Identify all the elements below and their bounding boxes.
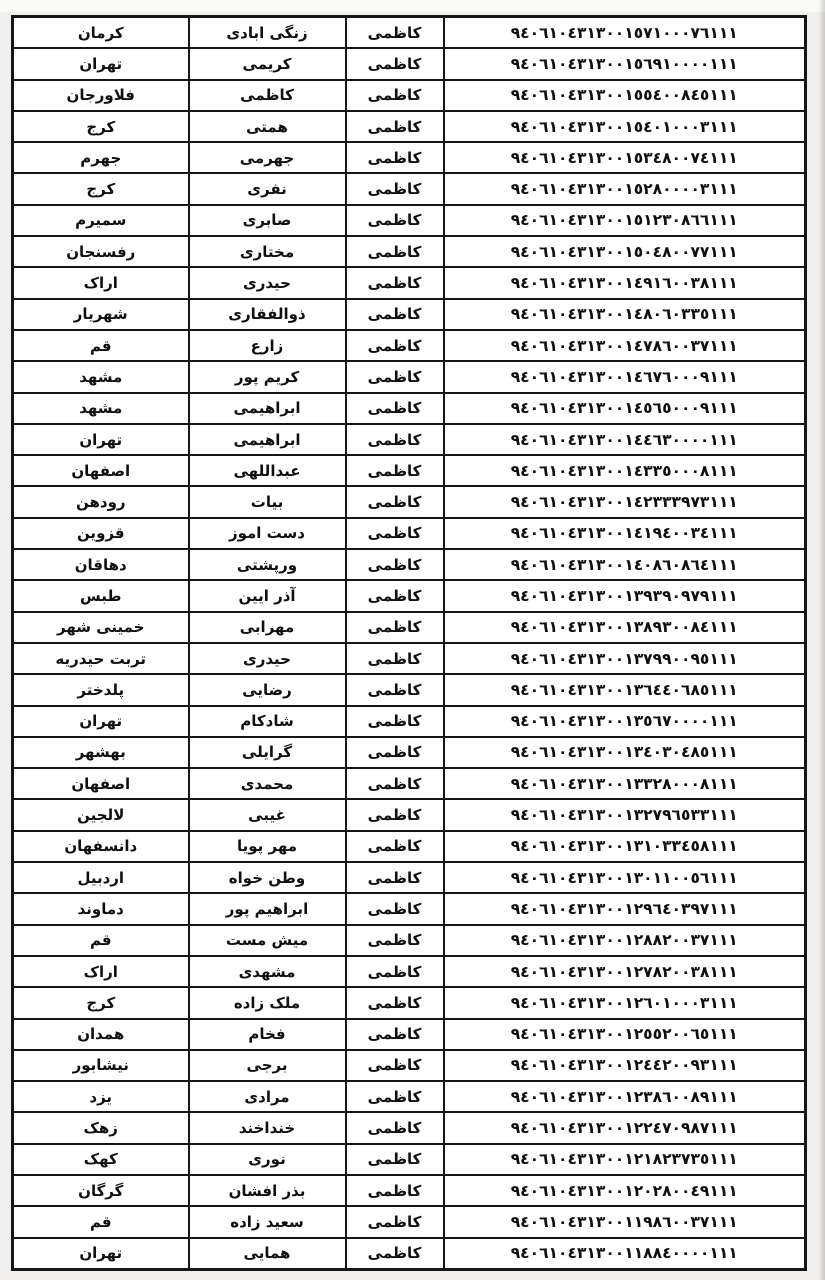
surname-cell: حیدری bbox=[189, 643, 346, 674]
surname-cell: ابراهیمی bbox=[189, 424, 346, 455]
code-cell: ٩٤٠٦١٠٤٣١٣٠٠١٤٦٧٦٠٠٠٩١١١ bbox=[444, 361, 806, 392]
given-name-cell: کاظمی bbox=[346, 831, 444, 862]
surname-cell: وطن خواه bbox=[189, 862, 346, 893]
code-cell: ٩٤٠٦١٠٤٣١٣٠٠١٤٨٠٦٠٣٣٥١١١ bbox=[444, 299, 806, 330]
given-name-cell: کاظمی bbox=[346, 518, 444, 549]
city-cell: پلدختر bbox=[13, 674, 189, 705]
code-cell: ٩٤٠٦١٠٤٣١٣٠٠١٤٠٨٦٠٨٦٤١١١ bbox=[444, 549, 806, 580]
code-cell: ٩٤٠٦١٠٤٣١٣٠٠١٣٦٤٤٠٦٨٥١١١ bbox=[444, 674, 806, 705]
code-cell: ٩٤٠٦١٠٤٣١٣٠٠١١٩٨٦٠٠٣٧١١١ bbox=[444, 1206, 806, 1237]
code-cell: ٩٤٠٦١٠٤٣١٣٠٠١٢٤٤٢٠٠٩٣١١١ bbox=[444, 1050, 806, 1081]
surname-cell: مختاری bbox=[189, 236, 346, 267]
table-row: تهران همایی کاظمی ٩٤٠٦١٠٤٣١٣٠٠١١٨٨٤٠٠٠٠١… bbox=[13, 1238, 806, 1270]
code-cell: ٩٤٠٦١٠٤٣١٣٠٠١٥٠٤٨٠٠٧٧١١١ bbox=[444, 236, 806, 267]
given-name-cell: کاظمی bbox=[346, 1206, 444, 1237]
surname-cell: مهرابی bbox=[189, 612, 346, 643]
surname-cell: جهرمی bbox=[189, 142, 346, 173]
city-cell: اصفهان bbox=[13, 455, 189, 486]
city-cell: اردبیل bbox=[13, 862, 189, 893]
code-cell: ٩٤٠٦١٠٤٣١٣٠٠١٢٥٥٢٠٠٦٥١١١ bbox=[444, 1019, 806, 1050]
table-row: لالجین غیبی کاظمی ٩٤٠٦١٠٤٣١٣٠٠١٣٢٧٩٦٥٣٣١… bbox=[13, 799, 806, 830]
code-cell: ٩٤٠٦١٠٤٣١٣٠٠١٣٢٧٩٦٥٣٣١١١ bbox=[444, 799, 806, 830]
city-cell: بهشهر bbox=[13, 737, 189, 768]
code-cell: ٩٤٠٦١٠٤٣١٣٠٠١٣٥٦٧٠٠٠٠١١١ bbox=[444, 706, 806, 737]
city-cell: تهران bbox=[13, 424, 189, 455]
given-name-cell: کاظمی bbox=[346, 80, 444, 111]
given-name-cell: کاظمی bbox=[346, 580, 444, 611]
table-row: کرج نفری کاظمی ٩٤٠٦١٠٤٣١٣٠٠١٥٢٨٠٠٠٠٣١١١ bbox=[13, 173, 806, 204]
table-row: مشهد ابراهیمی کاظمی ٩٤٠٦١٠٤٣١٣٠٠١٤٥٦٥٠٠٠… bbox=[13, 393, 806, 424]
table-row: سمیرم صابری کاظمی ٩٤٠٦١٠٤٣١٣٠٠١٥١٢٣٠٨٦٦١… bbox=[13, 205, 806, 236]
surname-cell: مرادی bbox=[189, 1081, 346, 1112]
city-cell: قم bbox=[13, 330, 189, 361]
city-cell: شهریار bbox=[13, 299, 189, 330]
table-row: شهریار ذوالفقاری کاظمی ٩٤٠٦١٠٤٣١٣٠٠١٤٨٠٦… bbox=[13, 299, 806, 330]
given-name-cell: کاظمی bbox=[346, 236, 444, 267]
given-name-cell: کاظمی bbox=[346, 1144, 444, 1175]
surname-cell: عبداللهی bbox=[189, 455, 346, 486]
given-name-cell: کاظمی bbox=[346, 987, 444, 1018]
city-cell: قزوین bbox=[13, 518, 189, 549]
given-name-cell: کاظمی bbox=[346, 393, 444, 424]
table-row: خمینی شهر مهرابی کاظمی ٩٤٠٦١٠٤٣١٣٠٠١٣٨٩٣… bbox=[13, 612, 806, 643]
table-row: زهک خنداخند کاظمی ٩٤٠٦١٠٤٣١٣٠٠١٢٢٤٧٠٩٨٧١… bbox=[13, 1112, 806, 1143]
surname-cell: کریمی bbox=[189, 48, 346, 79]
code-cell: ٩٤٠٦١٠٤٣١٣٠٠١٣٤٠٣٠٤٨٥١١١ bbox=[444, 737, 806, 768]
city-cell: اراک bbox=[13, 956, 189, 987]
code-cell: ٩٤٠٦١٠٤٣١٣٠٠١٣١٠٣٣٤٥٨١١١ bbox=[444, 831, 806, 862]
table-row: قم زارع کاظمی ٩٤٠٦١٠٤٣١٣٠٠١٤٧٨٦٠٠٣٧١١١ bbox=[13, 330, 806, 361]
table-row: اراک مشهدی کاظمی ٩٤٠٦١٠٤٣١٣٠٠١٢٧٨٢٠٠٣٨١١… bbox=[13, 956, 806, 987]
city-cell: جهرم bbox=[13, 142, 189, 173]
surname-cell: میش مست bbox=[189, 925, 346, 956]
city-cell: لالجین bbox=[13, 799, 189, 830]
city-cell: تهران bbox=[13, 706, 189, 737]
surname-cell: زارع bbox=[189, 330, 346, 361]
table-row: نیشابور برجی کاظمی ٩٤٠٦١٠٤٣١٣٠٠١٢٤٤٢٠٠٩٣… bbox=[13, 1050, 806, 1081]
given-name-cell: کاظمی bbox=[346, 455, 444, 486]
table-row: فلاورجان کاظمی کاظمی ٩٤٠٦١٠٤٣١٣٠٠١٥٥٤٠٠٨… bbox=[13, 80, 806, 111]
table-row: طبس آذر ایین کاظمی ٩٤٠٦١٠٤٣١٣٠٠١٣٩٣٩٠٩٧٩… bbox=[13, 580, 806, 611]
records-table: کرمان زنگی ابادی کاظمی ٩٤٠٦١٠٤٣١٣٠٠١٥٧١٠… bbox=[11, 15, 807, 1271]
surname-cell: آذر ایین bbox=[189, 580, 346, 611]
code-cell: ٩٤٠٦١٠٤٣١٣٠٠١٤٤٦٣٠٠٠٠١١١ bbox=[444, 424, 806, 455]
city-cell: اراک bbox=[13, 267, 189, 298]
surname-cell: ذوالفقاری bbox=[189, 299, 346, 330]
given-name-cell: کاظمی bbox=[346, 737, 444, 768]
code-cell: ٩٤٠٦١٠٤٣١٣٠٠١٢٩٦٤٠٣٩٧١١١ bbox=[444, 893, 806, 924]
table-row: تهران کریمی کاظمی ٩٤٠٦١٠٤٣١٣٠٠١٥٦٩١٠٠٠٠١… bbox=[13, 48, 806, 79]
table-row: رودهن بیات کاظمی ٩٤٠٦١٠٤٣١٣٠٠١٤٢٣٣٣٩٧٣١١… bbox=[13, 486, 806, 517]
city-cell: قم bbox=[13, 1206, 189, 1237]
given-name-cell: کاظمی bbox=[346, 674, 444, 705]
code-cell: ٩٤٠٦١٠٤٣١٣٠٠١٣٣٢٨٠٠٠٨١١١ bbox=[444, 768, 806, 799]
given-name-cell: کاظمی bbox=[346, 424, 444, 455]
given-name-cell: کاظمی bbox=[346, 643, 444, 674]
surname-cell: کاظمی bbox=[189, 80, 346, 111]
given-name-cell: کاظمی bbox=[346, 1050, 444, 1081]
city-cell: نیشابور bbox=[13, 1050, 189, 1081]
surname-cell: بیات bbox=[189, 486, 346, 517]
table-row: تهران ابراهیمی کاظمی ٩٤٠٦١٠٤٣١٣٠٠١٤٤٦٣٠٠… bbox=[13, 424, 806, 455]
city-cell: دماوند bbox=[13, 893, 189, 924]
city-cell: کرج bbox=[13, 111, 189, 142]
surname-cell: برجی bbox=[189, 1050, 346, 1081]
surname-cell: سعید زاده bbox=[189, 1206, 346, 1237]
code-cell: ٩٤٠٦١٠٤٣١٣٠٠١٥٦٩١٠٠٠٠١١١ bbox=[444, 48, 806, 79]
surname-cell: خنداخند bbox=[189, 1112, 346, 1143]
given-name-cell: کاظمی bbox=[346, 17, 444, 49]
given-name-cell: کاظمی bbox=[346, 330, 444, 361]
code-cell: ٩٤٠٦١٠٤٣١٣٠٠١٢٠٢٨٠٠٤٩١١١ bbox=[444, 1175, 806, 1206]
records-tbody: کرمان زنگی ابادی کاظمی ٩٤٠٦١٠٤٣١٣٠٠١٥٧١٠… bbox=[13, 17, 806, 1270]
given-name-cell: کاظمی bbox=[346, 956, 444, 987]
code-cell: ٩٤٠٦١٠٤٣١٣٠٠١٥٤٠١٠٠٠٣١١١ bbox=[444, 111, 806, 142]
table-row: پلدختر رضایی کاظمی ٩٤٠٦١٠٤٣١٣٠٠١٣٦٤٤٠٦٨٥… bbox=[13, 674, 806, 705]
table-row: دهاقان ورپشتی کاظمی ٩٤٠٦١٠٤٣١٣٠٠١٤٠٨٦٠٨٦… bbox=[13, 549, 806, 580]
code-cell: ٩٤٠٦١٠٤٣١٣٠٠١٤٣٣٥٠٠٠٨١١١ bbox=[444, 455, 806, 486]
surname-cell: زنگی ابادی bbox=[189, 17, 346, 49]
table-row: مشهد کریم پور کاظمی ٩٤٠٦١٠٤٣١٣٠٠١٤٦٧٦٠٠٠… bbox=[13, 361, 806, 392]
surname-cell: محمدی bbox=[189, 768, 346, 799]
table-row: گرگان بذر افشان کاظمی ٩٤٠٦١٠٤٣١٣٠٠١٢٠٢٨٠… bbox=[13, 1175, 806, 1206]
table-row: دماوند ابراهیم پور کاظمی ٩٤٠٦١٠٤٣١٣٠٠١٢٩… bbox=[13, 893, 806, 924]
surname-cell: دست اموز bbox=[189, 518, 346, 549]
code-cell: ٩٤٠٦١٠٤٣١٣٠٠١٥١٢٣٠٨٦٦١١١ bbox=[444, 205, 806, 236]
surname-cell: صابری bbox=[189, 205, 346, 236]
code-cell: ٩٤٠٦١٠٤٣١٣٠٠١٤٥٦٥٠٠٠٩١١١ bbox=[444, 393, 806, 424]
table-row: بهشهر گرایلی کاظمی ٩٤٠٦١٠٤٣١٣٠٠١٣٤٠٣٠٤٨٥… bbox=[13, 737, 806, 768]
given-name-cell: کاظمی bbox=[346, 1238, 444, 1270]
code-cell: ٩٤٠٦١٠٤٣١٣٠٠١٥٥٤٠٠٨٤٥١١١ bbox=[444, 80, 806, 111]
surname-cell: غیبی bbox=[189, 799, 346, 830]
table-row: قم سعید زاده کاظمی ٩٤٠٦١٠٤٣١٣٠٠١١٩٨٦٠٠٣٧… bbox=[13, 1206, 806, 1237]
city-cell: گرگان bbox=[13, 1175, 189, 1206]
city-cell: رفسنجان bbox=[13, 236, 189, 267]
city-cell: قم bbox=[13, 925, 189, 956]
city-cell: خمینی شهر bbox=[13, 612, 189, 643]
surname-cell: فخام bbox=[189, 1019, 346, 1050]
table-row: اصفهان عبداللهی کاظمی ٩٤٠٦١٠٤٣١٣٠٠١٤٣٣٥٠… bbox=[13, 455, 806, 486]
table-row: جهرم جهرمی کاظمی ٩٤٠٦١٠٤٣١٣٠٠١٥٣٤٨٠٠٧٤١١… bbox=[13, 142, 806, 173]
surname-cell: کریم پور bbox=[189, 361, 346, 392]
table-row: اراک حیدری کاظمی ٩٤٠٦١٠٤٣١٣٠٠١٤٩١٦٠٠٣٨١١… bbox=[13, 267, 806, 298]
surname-cell: مشهدی bbox=[189, 956, 346, 987]
scanned-document-page: کرمان زنگی ابادی کاظمی ٩٤٠٦١٠٤٣١٣٠٠١٥٧١٠… bbox=[0, 0, 825, 1280]
city-cell: همدان bbox=[13, 1019, 189, 1050]
given-name-cell: کاظمی bbox=[346, 893, 444, 924]
given-name-cell: کاظمی bbox=[346, 768, 444, 799]
given-name-cell: کاظمی bbox=[346, 111, 444, 142]
code-cell: ٩٤٠٦١٠٤٣١٣٠٠١٢٨٨٢٠٠٣٧١١١ bbox=[444, 925, 806, 956]
table-row: کهک نوری کاظمی ٩٤٠٦١٠٤٣١٣٠٠١٢١٨٢٣٧٣٥١١١ bbox=[13, 1144, 806, 1175]
table-row: رفسنجان مختاری کاظمی ٩٤٠٦١٠٤٣١٣٠٠١٥٠٤٨٠٠… bbox=[13, 236, 806, 267]
code-cell: ٩٤٠٦١٠٤٣١٣٠٠١٣٩٣٩٠٩٧٩١١١ bbox=[444, 580, 806, 611]
surname-cell: همتی bbox=[189, 111, 346, 142]
surname-cell: همایی bbox=[189, 1238, 346, 1270]
code-cell: ٩٤٠٦١٠٤٣١٣٠٠١٥٣٤٨٠٠٧٤١١١ bbox=[444, 142, 806, 173]
city-cell: سمیرم bbox=[13, 205, 189, 236]
code-cell: ٩٤٠٦١٠٤٣١٣٠٠١١٨٨٤٠٠٠٠١١١ bbox=[444, 1238, 806, 1270]
code-cell: ٩٤٠٦١٠٤٣١٣٠٠١٤١٩٤٠٠٣٤١١١ bbox=[444, 518, 806, 549]
table-row: اصفهان محمدی کاظمی ٩٤٠٦١٠٤٣١٣٠٠١٣٣٢٨٠٠٠٨… bbox=[13, 768, 806, 799]
given-name-cell: کاظمی bbox=[346, 267, 444, 298]
code-cell: ٩٤٠٦١٠٤٣١٣٠٠١٢٢٤٧٠٩٨٧١١١ bbox=[444, 1112, 806, 1143]
city-cell: مشهد bbox=[13, 393, 189, 424]
code-cell: ٩٤٠٦١٠٤٣١٣٠٠١٢٧٨٢٠٠٣٨١١١ bbox=[444, 956, 806, 987]
city-cell: دانسفهان bbox=[13, 831, 189, 862]
given-name-cell: کاظمی bbox=[346, 1175, 444, 1206]
code-cell: ٩٤٠٦١٠٤٣١٣٠٠١٤٢٣٣٣٩٧٣١١١ bbox=[444, 486, 806, 517]
code-cell: ٩٤٠٦١٠٤٣١٣٠٠١٢١٨٢٣٧٣٥١١١ bbox=[444, 1144, 806, 1175]
given-name-cell: کاظمی bbox=[346, 706, 444, 737]
city-cell: طبس bbox=[13, 580, 189, 611]
city-cell: کرج bbox=[13, 987, 189, 1018]
city-cell: کرج bbox=[13, 173, 189, 204]
surname-cell: گرایلی bbox=[189, 737, 346, 768]
city-cell: تربت حیدریه bbox=[13, 643, 189, 674]
given-name-cell: کاظمی bbox=[346, 1112, 444, 1143]
table-row: قزوین دست اموز کاظمی ٩٤٠٦١٠٤٣١٣٠٠١٤١٩٤٠٠… bbox=[13, 518, 806, 549]
surname-cell: ملک زاده bbox=[189, 987, 346, 1018]
given-name-cell: کاظمی bbox=[346, 612, 444, 643]
given-name-cell: کاظمی bbox=[346, 361, 444, 392]
city-cell: اصفهان bbox=[13, 768, 189, 799]
surname-cell: بذر افشان bbox=[189, 1175, 346, 1206]
given-name-cell: کاظمی bbox=[346, 1019, 444, 1050]
code-cell: ٩٤٠٦١٠٤٣١٣٠٠١٣٧٩٩٠٠٩٥١١١ bbox=[444, 643, 806, 674]
surname-cell: شادکام bbox=[189, 706, 346, 737]
surname-cell: نوری bbox=[189, 1144, 346, 1175]
table-row: یزد مرادی کاظمی ٩٤٠٦١٠٤٣١٣٠٠١٢٣٨٦٠٠٨٩١١١ bbox=[13, 1081, 806, 1112]
table-row: قم میش مست کاظمی ٩٤٠٦١٠٤٣١٣٠٠١٢٨٨٢٠٠٣٧١١… bbox=[13, 925, 806, 956]
given-name-cell: کاظمی bbox=[346, 799, 444, 830]
city-cell: فلاورجان bbox=[13, 80, 189, 111]
given-name-cell: کاظمی bbox=[346, 205, 444, 236]
surname-cell: مهر پویا bbox=[189, 831, 346, 862]
table-row: دانسفهان مهر پویا کاظمی ٩٤٠٦١٠٤٣١٣٠٠١٣١٠… bbox=[13, 831, 806, 862]
surname-cell: ابراهیم پور bbox=[189, 893, 346, 924]
given-name-cell: کاظمی bbox=[346, 1081, 444, 1112]
city-cell: تهران bbox=[13, 1238, 189, 1270]
code-cell: ٩٤٠٦١٠٤٣١٣٠٠١٢٣٨٦٠٠٨٩١١١ bbox=[444, 1081, 806, 1112]
surname-cell: نفری bbox=[189, 173, 346, 204]
table-row: همدان فخام کاظمی ٩٤٠٦١٠٤٣١٣٠٠١٢٥٥٢٠٠٦٥١١… bbox=[13, 1019, 806, 1050]
table-row: اردبیل وطن خواه کاظمی ٩٤٠٦١٠٤٣١٣٠٠١٣٠١١٠… bbox=[13, 862, 806, 893]
table-row: تربت حیدریه حیدری کاظمی ٩٤٠٦١٠٤٣١٣٠٠١٣٧٩… bbox=[13, 643, 806, 674]
city-cell: تهران bbox=[13, 48, 189, 79]
code-cell: ٩٤٠٦١٠٤٣١٣٠٠١٥٧١٠٠٠٧٦١١١ bbox=[444, 17, 806, 49]
surname-cell: ابراهیمی bbox=[189, 393, 346, 424]
city-cell: کهک bbox=[13, 1144, 189, 1175]
given-name-cell: کاظمی bbox=[346, 862, 444, 893]
table-row: کرج همتی کاظمی ٩٤٠٦١٠٤٣١٣٠٠١٥٤٠١٠٠٠٣١١١ bbox=[13, 111, 806, 142]
code-cell: ٩٤٠٦١٠٤٣١٣٠٠١٣٠١١٠٠٥٦١١١ bbox=[444, 862, 806, 893]
code-cell: ٩٤٠٦١٠٤٣١٣٠٠١٤٩١٦٠٠٣٨١١١ bbox=[444, 267, 806, 298]
city-cell: دهاقان bbox=[13, 549, 189, 580]
given-name-cell: کاظمی bbox=[346, 549, 444, 580]
code-cell: ٩٤٠٦١٠٤٣١٣٠٠١٣٨٩٣٠٠٨٤١١١ bbox=[444, 612, 806, 643]
code-cell: ٩٤٠٦١٠٤٣١٣٠٠١٤٧٨٦٠٠٣٧١١١ bbox=[444, 330, 806, 361]
given-name-cell: کاظمی bbox=[346, 925, 444, 956]
city-cell: یزد bbox=[13, 1081, 189, 1112]
given-name-cell: کاظمی bbox=[346, 486, 444, 517]
city-cell: رودهن bbox=[13, 486, 189, 517]
city-cell: کرمان bbox=[13, 17, 189, 49]
surname-cell: ورپشتی bbox=[189, 549, 346, 580]
code-cell: ٩٤٠٦١٠٤٣١٣٠٠١٢٦٠١٠٠٠٣١١١ bbox=[444, 987, 806, 1018]
given-name-cell: کاظمی bbox=[346, 142, 444, 173]
table-row: کرمان زنگی ابادی کاظمی ٩٤٠٦١٠٤٣١٣٠٠١٥٧١٠… bbox=[13, 17, 806, 49]
table-row: کرج ملک زاده کاظمی ٩٤٠٦١٠٤٣١٣٠٠١٢٦٠١٠٠٠٣… bbox=[13, 987, 806, 1018]
surname-cell: حیدری bbox=[189, 267, 346, 298]
given-name-cell: کاظمی bbox=[346, 299, 444, 330]
city-cell: مشهد bbox=[13, 361, 189, 392]
city-cell: زهک bbox=[13, 1112, 189, 1143]
surname-cell: رضایی bbox=[189, 674, 346, 705]
given-name-cell: کاظمی bbox=[346, 173, 444, 204]
code-cell: ٩٤٠٦١٠٤٣١٣٠٠١٥٢٨٠٠٠٠٣١١١ bbox=[444, 173, 806, 204]
given-name-cell: کاظمی bbox=[346, 48, 444, 79]
table-row: تهران شادکام کاظمی ٩٤٠٦١٠٤٣١٣٠٠١٣٥٦٧٠٠٠٠… bbox=[13, 706, 806, 737]
